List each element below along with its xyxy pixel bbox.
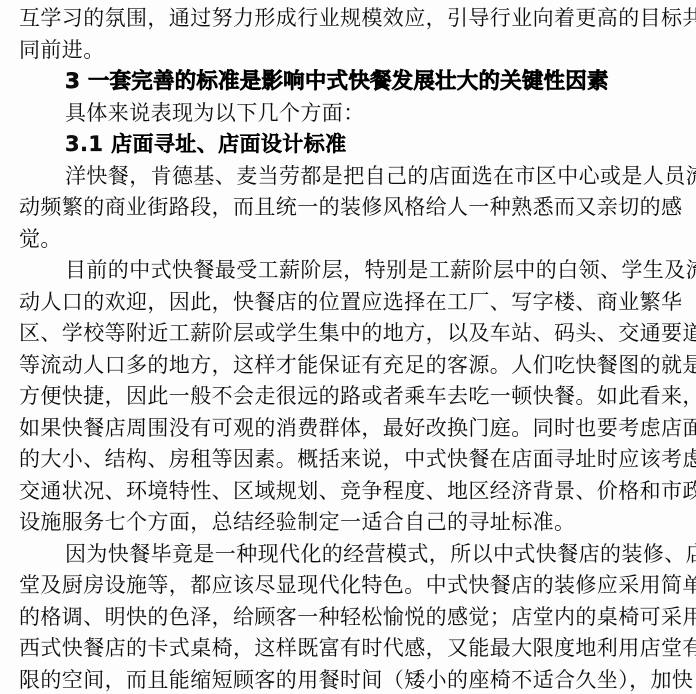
section-heading-3: 3 一套完善的标准是影响中式快餐发展壮大的关键性因素 — [19, 66, 682, 98]
paragraph-line: 的格调、明快的色泽，给顾客一种轻松愉悦的感觉；店堂内的桌椅可采用 — [19, 602, 682, 634]
paragraph-line: 限的空间，而且能缩短顾客的用餐时间（矮小的座椅不适合久坐），加快 — [19, 665, 682, 694]
paragraph-line: 方便快捷，因此一般不会走很远的路或者乘车去吃一顿快餐。如此看来， — [19, 381, 682, 413]
paragraph-line: 交通状况、环境特性、区域规划、竞争程度、地区经济背景、价格和市政 — [19, 476, 682, 508]
paragraph-line: 具体来说表现为以下几个方面： — [19, 98, 682, 130]
paragraph-line: 因为快餐毕竟是一种现代化的经营模式，所以中式快餐店的装修、店 — [19, 539, 682, 571]
scanned-page: 互学习的氛围，通过努力形成行业规模效应，引导行业向着更高的目标共 同前进。 3 … — [0, 0, 696, 694]
paragraph-line: 动频繁的商业街路段，而且统一的装修风格给人一种熟悉而又亲切的感 — [19, 192, 682, 224]
paragraph-line: 洋快餐，肯德基、麦当劳都是把自己的店面选在市区中心或是人员流 — [19, 161, 682, 193]
paragraph-line: 互学习的氛围，通过努力形成行业规模效应，引导行业向着更高的目标共 — [19, 3, 682, 35]
subsection-heading-3-1: 3.1 店面寻址、店面设计标准 — [19, 129, 682, 161]
paragraph-line: 堂及厨房设施等，都应该尽显现代化特色。中式快餐店的装修应采用简单 — [19, 570, 682, 602]
paragraph-line: 如果快餐店周围没有可观的消费群体，最好改换门庭。同时也要考虑店面 — [19, 413, 682, 445]
paragraph-line: 动人口的欢迎，因此，快餐店的位置应选择在工厂、写字楼、商业繁华 — [19, 287, 682, 319]
paragraph-line: 等流动人口多的地方，这样才能保证有充足的客源。人们吃快餐图的就是 — [19, 350, 682, 382]
paragraph-line: 觉。 — [19, 224, 682, 256]
paragraph-line: 设施服务七个方面，总结经验制定一适合自己的寻址标准。 — [19, 507, 682, 539]
paragraph-line: 的大小、结构、房租等因素。概括来说，中式快餐在店面寻址时应该考虑 — [19, 444, 682, 476]
paragraph-line: 同前进。 — [19, 35, 682, 67]
paragraph-line: 西式快餐店的卡式桌椅，这样既富有时代感，又能最大限度地利用店堂有 — [19, 633, 682, 665]
paragraph-line: 区、学校等附近工薪阶层或学生集中的地方，以及车站、码头、交通要道 — [19, 318, 682, 350]
paragraph-line: 目前的中式快餐最受工薪阶层，特别是工薪阶层中的白领、学生及流 — [19, 255, 682, 287]
